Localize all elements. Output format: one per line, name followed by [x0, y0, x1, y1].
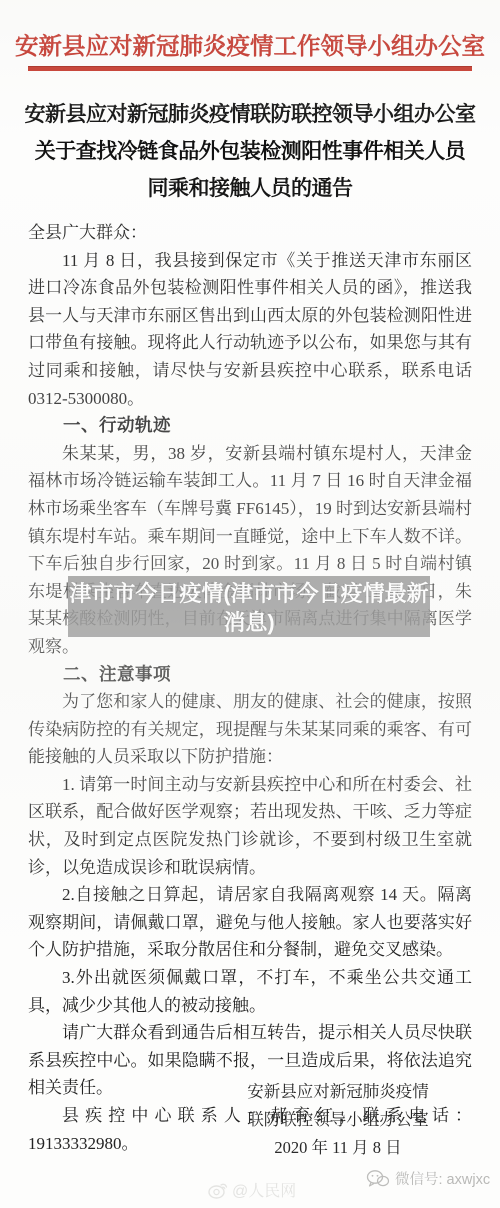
section-heading-notice: 二、注意事项 — [28, 661, 472, 689]
red-banner-title: 安新县应对新冠肺炎疫情工作领导小组办公室 — [14, 27, 486, 61]
list-item-2: 2.自接触之日算起，请居家自我隔离观察 14 天。隔离观察期间，请佩戴口罩，避免… — [28, 881, 472, 964]
weibo-watermark-text: @人民网 — [232, 1178, 296, 1201]
list-item-1: 1. 请第一时间主动与安新县疾控中心和所在村委会、社区联系，配合做好医学观察；若… — [28, 771, 472, 881]
document-title: 安新县应对新冠肺炎疫情联防联控领导小组办公室 关于查找冷链食品外包装检测阳性事件… — [20, 96, 480, 207]
search-caption-overlay: 津市市今日疫情(津市市今日疫情最新消息) — [68, 576, 430, 637]
signature-line1: 安新县应对新冠肺炎疫情 — [228, 1078, 448, 1106]
red-divider-rule — [28, 66, 472, 71]
document-title-line2: 关于查找冷链食品外包装检测阳性事件相关人员 — [20, 133, 480, 170]
list-item-3: 3.外出就医须佩戴口罩，不打车，不乘坐公共交通工具，减少少其他人的被动接触。 — [28, 964, 472, 1019]
signature-date: 2020 年 11 月 8 日 — [228, 1134, 448, 1162]
salutation: 全县广大群众： — [28, 219, 472, 247]
weibo-icon — [208, 1181, 228, 1199]
notice-body: 全县广大群众： 11 月 8 日，我县接到保定市《关于推送天津市东丽区进口冷冻食… — [28, 219, 472, 1157]
document-title-line3: 同乘和接触人员的通告 — [20, 170, 480, 207]
signature-line2: 联防联控领导小组办公室 — [228, 1106, 448, 1134]
document-title-line1: 安新县应对新冠肺炎疫情联防联控领导小组办公室 — [20, 96, 480, 133]
wechat-icon — [366, 1169, 390, 1189]
section-heading-track: 一、行动轨迹 — [28, 412, 472, 440]
paragraph-notice: 为了您和家人的健康、朋友的健康、社会的健康，按照传染病防控的有关规定，现提醒与朱… — [28, 688, 472, 771]
paragraph-intro: 11 月 8 日，我县接到保定市《关于推送天津市东丽区进口冷冻食品外包装检测阳性… — [28, 247, 472, 413]
wechat-watermark: 微信号: axwjxc — [366, 1168, 490, 1189]
signature-block: 安新县应对新冠肺炎疫情 联防联控领导小组办公室 2020 年 11 月 8 日 — [228, 1078, 448, 1162]
notice-document: 安新县应对新冠肺炎疫情工作领导小组办公室 安新县应对新冠肺炎疫情联防联控领导小组… — [0, 0, 500, 1208]
weibo-watermark: @人民网 — [208, 1178, 296, 1201]
wechat-watermark-text: 微信号: axwjxc — [395, 1168, 490, 1189]
